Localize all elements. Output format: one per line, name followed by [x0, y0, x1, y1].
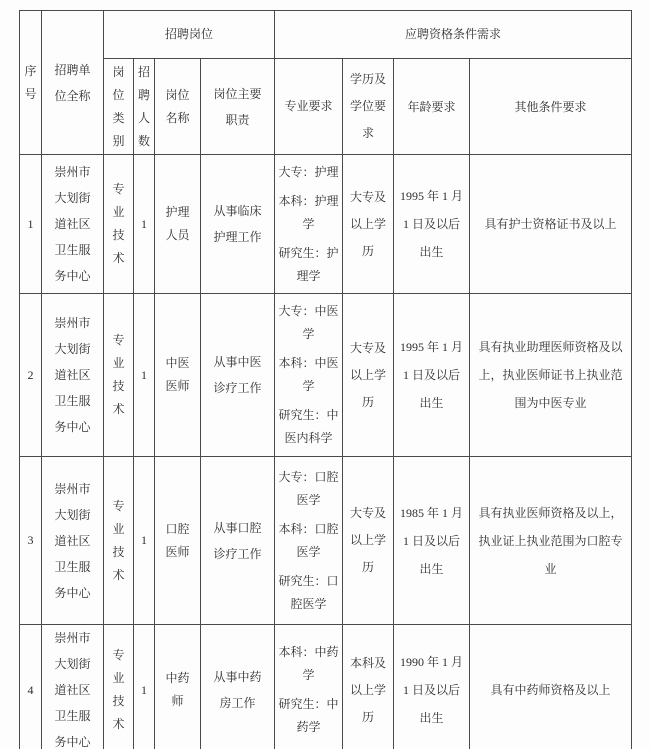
row1-post-type: 专业技术	[104, 155, 134, 294]
row3-unit: 崇州市大划街道社区卫生服务中心	[42, 457, 104, 625]
major-line: 研究生：中医内科学	[277, 404, 340, 450]
major-line: 大专：护理	[277, 161, 340, 184]
row2-post-duty: 从事中医诊疗工作	[201, 294, 275, 457]
document-page: 序号 招聘单位全称 招聘岗位 应聘资格条件需求 岗位类别 招聘人数 岗位名称 岗…	[0, 0, 650, 749]
row2-post-count: 1	[134, 294, 155, 457]
row2-other-requirement: 具有执业助理医师资格及以上，执业医师证书上执业范围为中医专业	[470, 294, 632, 457]
row4-post-count: 1	[134, 625, 155, 749]
row2-major-requirement: 大专：中医学 本科：中医学 研究生：中医内科学	[275, 294, 343, 457]
row1-major-requirement: 大专：护理 本科：护理学 研究生：护理学	[275, 155, 343, 294]
row1-other-requirement: 具有护士资格证书及以上	[470, 155, 632, 294]
row1-degree-requirement: 大专及以上学历	[343, 155, 394, 294]
row1-age-requirement: 1995 年 1 月 1 日及以后出生	[394, 155, 470, 294]
row2-serial: 2	[20, 294, 42, 457]
header-degree-requirement: 学历及学位要求	[343, 59, 394, 155]
header-row-columns: 岗位类别 招聘人数 岗位名称 岗位主要职责 专业要求 学历及学位要求 年龄要求 …	[20, 59, 632, 155]
header-major-requirement: 专业要求	[275, 59, 343, 155]
row3-post-duty: 从事口腔诊疗工作	[201, 457, 275, 625]
major-line: 研究生：中药学	[277, 693, 340, 739]
table-row: 4 崇州市大划街道社区卫生服务中心 专业技术 1 中药师 从事中药房工作 本科：…	[20, 625, 632, 749]
row1-serial: 1	[20, 155, 42, 294]
major-line: 研究生：口腔医学	[277, 570, 340, 616]
row4-degree-requirement: 本科及以上学历	[343, 625, 394, 749]
row4-post-type: 专业技术	[104, 625, 134, 749]
row3-post-type: 专业技术	[104, 457, 134, 625]
header-post-duty: 岗位主要职责	[201, 59, 275, 155]
table-row: 1 崇州市大划街道社区卫生服务中心 专业技术 1 护理人员 从事临床护理工作 大…	[20, 155, 632, 294]
row3-post-count: 1	[134, 457, 155, 625]
row2-unit: 崇州市大划街道社区卫生服务中心	[42, 294, 104, 457]
major-line: 大专：口腔医学	[277, 466, 340, 512]
header-serial-number: 序号	[20, 11, 42, 155]
row1-unit: 崇州市大划街道社区卫生服务中心	[42, 155, 104, 294]
row4-post-name: 中药师	[155, 625, 201, 749]
recruitment-table: 序号 招聘单位全称 招聘岗位 应聘资格条件需求 岗位类别 招聘人数 岗位名称 岗…	[19, 10, 632, 749]
row2-degree-requirement: 大专及以上学历	[343, 294, 394, 457]
row4-major-requirement: 本科：中药学 研究生：中药学	[275, 625, 343, 749]
table-row: 3 崇州市大划街道社区卫生服务中心 专业技术 1 口腔医师 从事口腔诊疗工作 大…	[20, 457, 632, 625]
row3-age-requirement: 1985 年 1 月 1 日及以后出生	[394, 457, 470, 625]
row3-other-requirement: 具有执业医师资格及以上，执业证上执业范围为口腔专业	[470, 457, 632, 625]
header-other-requirement: 其他条件要求	[470, 59, 632, 155]
row1-post-count: 1	[134, 155, 155, 294]
major-line: 本科：护理学	[277, 190, 340, 236]
row1-post-duty: 从事临床护理工作	[201, 155, 275, 294]
row4-age-requirement: 1990 年 1 月 1 日及以后出生	[394, 625, 470, 749]
header-group-recruit-post: 招聘岗位	[104, 11, 275, 59]
header-group-qualifications: 应聘资格条件需求	[275, 11, 632, 59]
row4-other-requirement: 具有中药师资格及以上	[470, 625, 632, 749]
header-post-type: 岗位类别	[104, 59, 134, 155]
header-age-requirement: 年龄要求	[394, 59, 470, 155]
row2-post-name: 中医医师	[155, 294, 201, 457]
row2-post-type: 专业技术	[104, 294, 134, 457]
row3-post-name: 口腔医师	[155, 457, 201, 625]
row4-unit: 崇州市大划街道社区卫生服务中心	[42, 625, 104, 749]
row4-post-duty: 从事中药房工作	[201, 625, 275, 749]
row1-post-name: 护理人员	[155, 155, 201, 294]
major-line: 本科：口腔医学	[277, 518, 340, 564]
row4-serial: 4	[20, 625, 42, 749]
major-line: 大专：中医学	[277, 300, 340, 346]
major-line: 本科：中医学	[277, 352, 340, 398]
major-line: 研究生：护理学	[277, 242, 340, 288]
row3-degree-requirement: 大专及以上学历	[343, 457, 394, 625]
header-unit-name: 招聘单位全称	[42, 11, 104, 155]
header-row-groups: 序号 招聘单位全称 招聘岗位 应聘资格条件需求	[20, 11, 632, 59]
table-row: 2 崇州市大划街道社区卫生服务中心 专业技术 1 中医医师 从事中医诊疗工作 大…	[20, 294, 632, 457]
major-line: 本科：中药学	[277, 641, 340, 687]
header-post-name: 岗位名称	[155, 59, 201, 155]
row3-serial: 3	[20, 457, 42, 625]
row3-major-requirement: 大专：口腔医学 本科：口腔医学 研究生：口腔医学	[275, 457, 343, 625]
header-post-count: 招聘人数	[134, 59, 155, 155]
row2-age-requirement: 1995 年 1 月 1 日及以后出生	[394, 294, 470, 457]
